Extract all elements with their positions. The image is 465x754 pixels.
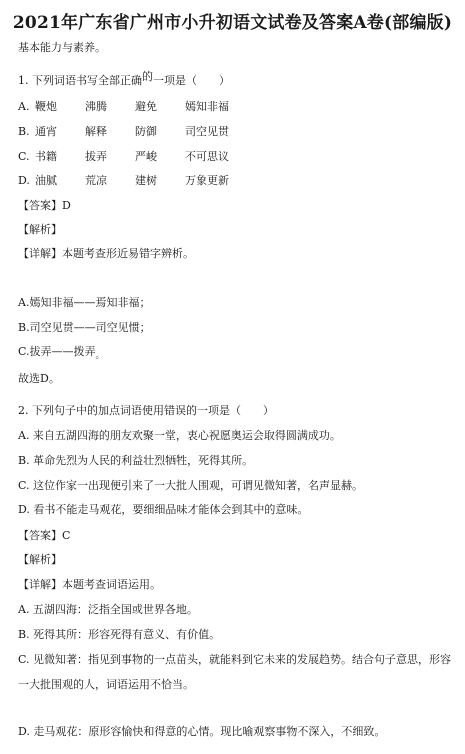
question-2-explanation-a: A. 五湖四海：泛指全国或世界各地。 (18, 603, 198, 617)
question-2-explanation-c-continued: 一大批围观的人，词语运用不恰当。 (18, 678, 194, 692)
question-1-detail: 【详解】本题考查形近易错字辨析。 (18, 247, 194, 261)
option-word: 万象更新 (185, 174, 229, 188)
stem-text: 1. 下列词语书写全部正确 (18, 74, 142, 87)
option-label: A. (18, 100, 29, 114)
option-word: 解释 (85, 125, 107, 139)
question-2-explanation-d: D. 走马观花：原形容愉快和得意的心情。现比喻观察事物不深入，不细致。 (18, 725, 385, 739)
option-word: 油腻 (35, 174, 57, 188)
option-word: 防御 (135, 125, 157, 139)
correction-text: C.拔弄——拨弄 (18, 345, 96, 358)
question-2-explanation-b: B. 死得其所：形容死得有意义、有价值。 (18, 628, 220, 642)
question-1-stem: 1. 下列词语书写全部正确的一项是（ ） (18, 74, 230, 88)
question-1-correction-a: A.嫣知非福——焉知非福； (18, 296, 150, 310)
option-word: 嫣知非福 (185, 100, 229, 114)
document-title: 2021年广东省广州市小升初语文试卷及答案A卷(部编版) (0, 8, 465, 33)
question-2-explanation-c: C. 见微知著：指见到事物的一点苗头，就能料到它未来的发展趋势。结合句子意思，形… (18, 653, 451, 667)
option-label: C. (18, 150, 30, 164)
option-word: 建树 (135, 174, 157, 188)
question-1-conclusion: 故选D。 (18, 372, 60, 386)
option-word: 沸腾 (85, 100, 107, 114)
stem-superscript: 的 (142, 70, 153, 83)
question-2-option-c: C. 这位作家一出现便引来了一大批人围观，可谓见微知著，名声显赫。 (18, 479, 363, 493)
option-word: 拔弄 (85, 150, 107, 164)
question-2-option-b: B. 革命先烈为人民的利益壮烈牺牲，死得其所。 (18, 454, 253, 468)
question-1-analysis-heading: 【解析】 (18, 223, 62, 237)
question-2-option-d: D. 看书不能走马观花，要细细品味才能体会到其中的意味。 (18, 503, 308, 517)
option-word: 不可思议 (185, 150, 229, 164)
section-heading: 基本能力与素养。 (18, 41, 106, 55)
stem-text-end: 一项是（ ） (153, 74, 230, 87)
question-2-analysis-heading: 【解析】 (18, 553, 62, 567)
option-word: 鞭炮 (35, 100, 57, 114)
option-word: 荒凉 (85, 174, 107, 188)
option-word: 书籍 (35, 150, 57, 164)
question-1-correction-c: C.拔弄——拨弄。 (18, 345, 105, 360)
question-2-option-a: A. 来自五湖四海的朋友欢聚一堂，衷心祝愿奥运会取得圆满成功。 (18, 429, 341, 443)
option-word: 避免 (135, 100, 157, 114)
correction-period: 。 (96, 351, 105, 361)
option-word: 通宵 (35, 125, 57, 139)
question-2-answer: 【答案】C (18, 529, 70, 543)
option-word: 司空见贯 (185, 125, 229, 139)
question-2-stem: 2. 下列句子中的加点词语使用错误的一项是（ ） (18, 404, 274, 418)
option-label: B. (18, 125, 30, 139)
question-2-detail: 【详解】本题考查词语运用。 (18, 578, 161, 592)
option-word: 严峻 (135, 150, 157, 164)
question-1-answer: 【答案】D (18, 199, 71, 213)
question-1-correction-b: B.司空见贯——司空见惯； (18, 321, 151, 335)
option-label: D. (18, 174, 30, 188)
